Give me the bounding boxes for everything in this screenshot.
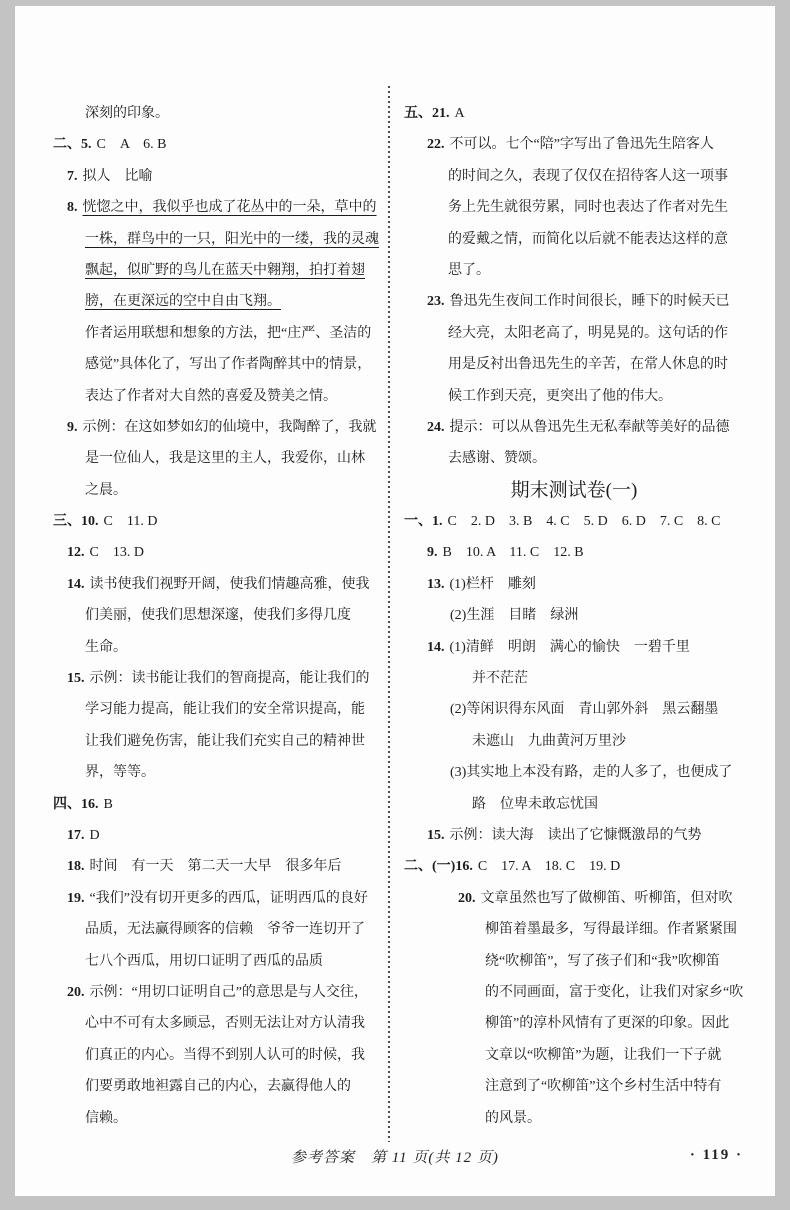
item-number: 7. [67,169,78,184]
answer-line: 12.C 13. D [67,537,388,568]
section-marker: 五、 [404,106,432,121]
answer-text: 的爱戴之情，而简化以后就不能表达这样的意 [448,232,728,247]
answer-text: A [455,106,465,121]
left-answer-column: 深刻的印象。二、5.C A 6. B7.拟人 比喻8.恍惚之中，我似乎也成了花丛… [53,98,388,1134]
answer-line: 15.示例：读书能让我们的智商提高，能让我们的 [67,663,388,694]
answer-line: 绕“吹柳笛”，写了孩子们和“我”吹柳笛 [485,946,766,977]
answer-line: 信赖。 [85,1103,388,1134]
item-number: 5. [81,137,92,152]
answer-text: C 13. D [90,545,144,560]
answer-text: 让我们避免伤害，能让我们充实自己的精神世 [85,734,365,749]
answer-line: 表达了作者对大自然的喜爱及赞美之情。 [85,381,388,412]
answer-line: 的爱戴之情，而简化以后就不能表达这样的意 [448,224,766,255]
answer-line: 品质，无法赢得顾客的信赖 爷爷一连切开了 [85,914,388,945]
answer-text: 是一位仙人，我是这里的主人，我爱你，山林 [85,451,365,466]
answer-line: 注意到了“吹柳笛”这个乡村生活中特有 [485,1071,766,1102]
answer-text: (2)生涯 目睹 绿洲 [450,608,578,623]
answer-text: 候工作到天亮，更突出了他的伟大。 [448,389,672,404]
answer-text: 感觉”具体化了，写出了作者陶醉其中的情景， [85,357,371,372]
answer-text: 文章虽然也写了做柳笛、听柳笛，但对吹 [481,891,733,906]
answer-text: 界，等等。 [85,765,155,780]
answer-text: 心中不可有太多顾忌，否则无法让对方认清我 [85,1016,365,1031]
answer-line: 的风景。 [485,1103,766,1134]
item-number: 10. [81,514,99,529]
answer-line: 9.示例：在这如梦如幻的仙境中，我陶醉了，我就 [67,412,388,443]
item-number: 1. [432,514,443,529]
item-number: 15. [67,671,85,686]
answer-line: 膀，在更深远的空中自由飞翔。 [85,286,388,317]
answer-line: 们美丽，使我们思想深邃，使我们多得几度 [85,600,388,631]
answer-text: 深刻的印象。 [85,106,169,121]
answer-line: 15.示例：读大海 读出了它慷慨激昂的气势 [427,820,766,851]
answer-line: 思了。 [448,255,766,286]
answer-line: 们要勇敢地袒露自己的内心，去赢得他人的 [85,1071,388,1102]
answer-line: 20.文章虽然也写了做柳笛、听柳笛，但对吹 [458,883,766,914]
answer-text: 文章以“吹柳笛”为题，让我们一下子就 [485,1048,721,1063]
answer-text: 未遮山 九曲黄河万里沙 [472,734,626,749]
answer-line: (2)生涯 目睹 绿洲 [450,600,766,631]
answer-line: 文章以“吹柳笛”为题，让我们一下子就 [485,1040,766,1071]
answer-text: 不可以。七个“陪”字写出了鲁迅先生陪客人 [450,137,714,152]
answer-text: 柳笛着墨最多，写得最详细。作者紧紧围 [485,922,737,937]
answer-line: 23.鲁迅先生夜间工作时间很长，睡下的时候天已 [427,286,766,317]
answer-text: 生命。 [85,640,127,655]
answer-text: 们真正的内心。当得不到别人认可的时候，我 [85,1048,365,1063]
item-number: 9. [427,545,438,560]
item-number: 16. [455,859,473,874]
answer-line: 生命。 [85,632,388,663]
item-number: 9. [67,420,78,435]
answer-text: 绕“吹柳笛”，写了孩子们和“我”吹柳笛 [485,954,720,969]
page-footer: 参考答案 第 11 页(共 12 页) · 119 · [15,1146,775,1174]
answer-text: D [90,828,100,843]
answer-line: 13.(1)栏杆 雕刻 [427,569,766,600]
answer-line: 的不同画面，富于变化，让我们对家乡“吹 [485,977,766,1008]
item-number: 14. [427,640,445,655]
item-number: 13. [427,577,445,592]
item-number: 18. [67,859,85,874]
answer-text: 柳笛”的淳朴风情有了更深的印象。因此 [485,1016,729,1031]
item-number: 8. [67,200,78,215]
answer-text: (1)栏杆 雕刻 [450,577,536,592]
item-number: 23. [427,294,445,309]
answer-text: 经大亮，太阳老高了，明晃晃的。这句话的作 [448,326,728,341]
answer-text: 们美丽，使我们思想深邃，使我们多得几度 [85,608,351,623]
answer-line: 9.B 10. A 11. C 12. B [427,537,766,568]
answer-text: 思了。 [448,263,490,278]
answer-line: 一株，群鸟中的一只，阳光中的一缕，我的灵魂 [85,224,388,255]
answer-line: 17.D [67,820,388,851]
answer-line: 8.恍惚之中，我似乎也成了花丛中的一朵，草中的 [67,192,388,223]
footer-page-number: · 119 · [690,1147,743,1164]
section-marker: 四、 [53,797,81,812]
section-marker: 二、(一) [404,859,455,874]
answer-text: 路 位卑未敢忘忧国 [472,797,598,812]
answer-line: 是一位仙人，我是这里的主人，我爱你，山林 [85,443,388,474]
answer-line: 柳笛着墨最多，写得最详细。作者紧紧围 [485,914,766,945]
answer-text: 示例：读大海 读出了它慷慨激昂的气势 [450,828,702,843]
answer-text: 鲁迅先生夜间工作时间很长，睡下的时候天已 [450,294,730,309]
answer-text: C 2. D 3. B 4. C 5. D 6. D 7. C 8. C [448,514,721,529]
answer-line: 五、21.A [404,98,766,129]
answer-line: 并不茫茫 [472,663,766,694]
answer-line: 候工作到天亮，更突出了他的伟大。 [448,381,766,412]
answer-text: 学习能力提高，能让我们的安全常识提高，能 [85,702,365,717]
answer-text: B [104,797,113,812]
item-number: 20. [67,985,85,1000]
answer-line: 感觉”具体化了，写出了作者陶醉其中的情景， [85,349,388,380]
answer-text: 一株，群鸟中的一只，阳光中的一缕，我的灵魂 [85,232,379,247]
answer-text: 们要勇敢地袒露自己的内心，去赢得他人的 [85,1079,351,1094]
answer-line: 一、1.C 2. D 3. B 4. C 5. D 6. D 7. C 8. C [404,506,766,537]
answer-text: 作者运用联想和想象的方法，把“庄严、圣洁的 [85,326,371,341]
answer-line: 19.“我们”没有切开更多的西瓜，证明西瓜的良好 [67,883,388,914]
answer-text: 期末测试卷(一) [511,480,638,501]
answer-text: 恍惚之中，我似乎也成了花丛中的一朵，草中的 [83,200,377,215]
answer-line: 三、10.C 11. D [53,506,388,537]
answer-text: 飘起，似旷野的鸟儿在蓝天中翱翔，拍打着翅 [85,263,365,278]
answer-text: 的不同画面，富于变化，让我们对家乡“吹 [485,985,743,1000]
answer-key-page: 深刻的印象。二、5.C A 6. B7.拟人 比喻8.恍惚之中，我似乎也成了花丛… [15,6,775,1196]
answer-line: 心中不可有太多顾忌，否则无法让对方认清我 [85,1008,388,1039]
column-divider-dotted-line [388,86,390,1142]
right-answer-column: 五、21.A22.不可以。七个“陪”字写出了鲁迅先生陪客人的时间之久，表现了仅仅… [404,98,766,1134]
answer-line: 18.时间 有一天 第二天一大早 很多年后 [67,851,388,882]
answer-line: 务上先生就很劳累，同时也表达了作者对先生 [448,192,766,223]
answer-text: 之晨。 [85,483,127,498]
answer-text: 用是反衬出鲁迅先生的辛苦，在常人休息的时 [448,357,728,372]
answer-text: 信赖。 [85,1111,127,1126]
answer-text: 去感谢、赞颂。 [448,451,546,466]
answer-line: 的时间之久，表现了仅仅在招待客人这一项事 [448,161,766,192]
answer-text: B 10. A 11. C 12. B [443,545,584,560]
item-number: 24. [427,420,445,435]
answer-text: 七八个西瓜，用切口证明了西瓜的品质 [85,954,323,969]
answer-line: 20.示例：“用切口证明自己”的意思是与人交往， [67,977,388,1008]
item-number: 19. [67,891,85,906]
item-number: 14. [67,577,85,592]
answer-line: 14.(1)清鲜 明朗 满心的愉快 一碧千里 [427,632,766,663]
item-number: 12. [67,545,85,560]
answer-line: 22.不可以。七个“陪”字写出了鲁迅先生陪客人 [427,129,766,160]
answer-line: 二、(一)16.C 17. A 18. C 19. D [404,851,766,882]
answer-line: 14.读书使我们视野开阔，使我们情趣高雅，使我 [67,569,388,600]
answer-text: 表达了作者对大自然的喜爱及赞美之情。 [85,389,337,404]
item-number: 21. [432,106,450,121]
answer-text: 时间 有一天 第二天一大早 很多年后 [90,859,342,874]
item-number: 15. [427,828,445,843]
answer-line: 路 位卑未敢忘忧国 [472,789,766,820]
answer-line: 界，等等。 [85,757,388,788]
answer-text: 膀，在更深远的空中自由飞翔。 [85,294,281,309]
footer-page-label: 参考答案 第 11 页(共 12 页) [15,1146,775,1167]
answer-text: 的时间之久，表现了仅仅在招待客人这一项事 [448,169,728,184]
answer-text: (3)其实地上本没有路，走的人多了，也便成了 [450,765,732,780]
answer-text: C 11. D [104,514,158,529]
answer-text: 示例：读书能让我们的智商提高，能让我们的 [90,671,370,686]
answer-line: 七八个西瓜，用切口证明了西瓜的品质 [85,946,388,977]
answer-text: 示例：“用切口证明自己”的意思是与人交往， [90,985,368,1000]
item-number: 17. [67,828,85,843]
answer-text: 品质，无法赢得顾客的信赖 爷爷一连切开了 [85,922,365,937]
answer-text: 并不茫茫 [472,671,528,686]
answer-text: 注意到了“吹柳笛”这个乡村生活中特有 [485,1079,721,1094]
answer-line: 经大亮，太阳老高了，明晃晃的。这句话的作 [448,318,766,349]
item-number: 22. [427,137,445,152]
answer-text: (2)等闲识得东风面 青山郭外斜 黑云翻墨 [450,702,718,717]
item-number: 16. [81,797,99,812]
answer-text: 示例：在这如梦如幻的仙境中，我陶醉了，我就 [83,420,377,435]
answer-text: “我们”没有切开更多的西瓜，证明西瓜的良好 [90,891,368,906]
answer-line: (3)其实地上本没有路，走的人多了，也便成了 [450,757,766,788]
answer-text: 务上先生就很劳累，同时也表达了作者对先生 [448,200,728,215]
answer-text: (1)清鲜 明朗 满心的愉快 一碧千里 [450,640,690,655]
answer-line: 二、5.C A 6. B [53,129,388,160]
item-number: 20. [458,891,476,906]
answer-line: 用是反衬出鲁迅先生的辛苦，在常人休息的时 [448,349,766,380]
section-marker: 一、 [404,514,432,529]
section-marker: 二、 [53,137,81,152]
answer-text: C A 6. B [97,137,167,152]
answer-line: 作者运用联想和想象的方法，把“庄严、圣洁的 [85,318,388,349]
answer-line: (2)等闲识得东风面 青山郭外斜 黑云翻墨 [450,694,766,725]
answer-line: 让我们避免伤害，能让我们充实自己的精神世 [85,726,388,757]
test-paper-heading: 期末测试卷(一) [404,475,744,506]
answer-line: 四、16.B [53,789,388,820]
answer-line: 飘起，似旷野的鸟儿在蓝天中翱翔，拍打着翅 [85,255,388,286]
answer-line: 之晨。 [85,475,388,506]
answer-line: 们真正的内心。当得不到别人认可的时候，我 [85,1040,388,1071]
answer-line: 学习能力提高，能让我们的安全常识提高，能 [85,694,388,725]
answer-line: 未遮山 九曲黄河万里沙 [472,726,766,757]
answer-line: 24.提示：可以从鲁迅先生无私奉献等美好的品德 [427,412,766,443]
answer-line: 深刻的印象。 [85,98,388,129]
answer-text: C 17. A 18. C 19. D [478,859,620,874]
answer-line: 柳笛”的淳朴风情有了更深的印象。因此 [485,1008,766,1039]
answer-text: 提示：可以从鲁迅先生无私奉献等美好的品德 [450,420,730,435]
answer-text: 读书使我们视野开阔，使我们情趣高雅，使我 [90,577,370,592]
answer-text: 的风景。 [485,1111,541,1126]
answer-text: 拟人 比喻 [83,169,153,184]
answer-line: 去感谢、赞颂。 [448,443,766,474]
answer-line: 7.拟人 比喻 [67,161,388,192]
section-marker: 三、 [53,514,81,529]
